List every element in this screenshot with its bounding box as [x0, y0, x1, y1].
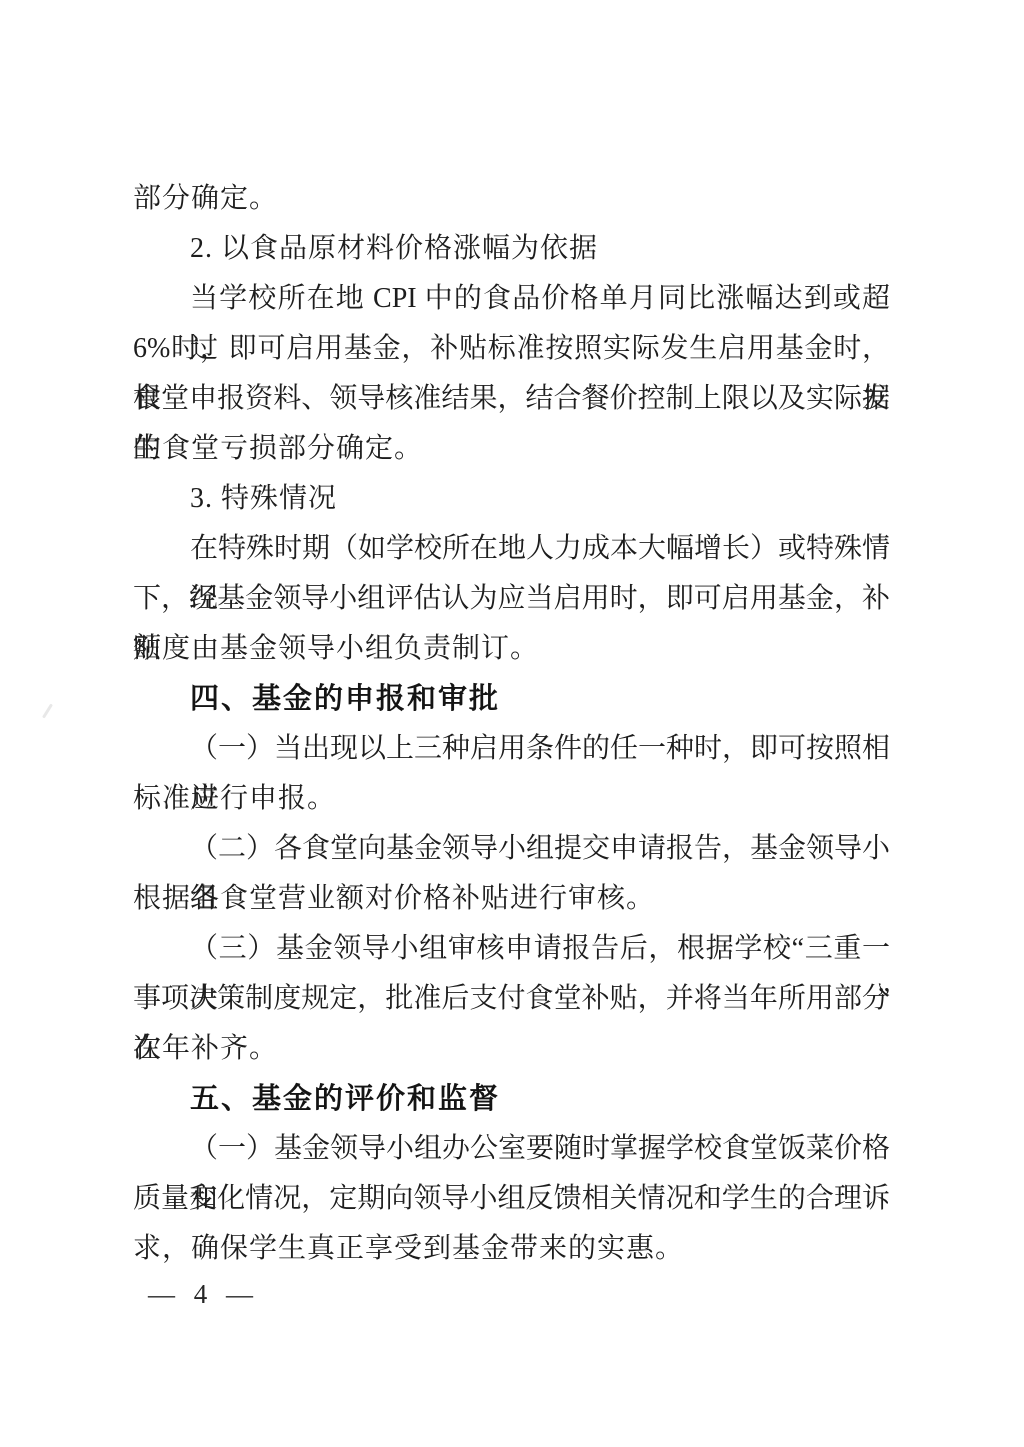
text-line: （二）各食堂向基金领导小组提交申请报告，基金领导小组	[133, 824, 890, 874]
text-line: 当学校所在地 CPI 中的食品价格单月同比涨幅达到或超过	[133, 274, 890, 324]
text-line: 求，确保学生真正享受到基金带来的实惠。	[133, 1224, 890, 1274]
text-line: （三）基金领导小组审核申请报告后，根据学校“三重一大”	[133, 924, 890, 974]
text-line: 食堂申报资料、领导核准结果，结合餐价控制上限以及实际发生	[133, 374, 890, 424]
text-line: 根据各食堂营业额对价格补贴进行审核。	[133, 874, 890, 924]
text-line: 额度由基金领导小组负责制订。	[133, 624, 890, 674]
text-line: 标准进行申报。	[133, 774, 890, 824]
text-line: 质量变化情况，定期向领导小组反馈相关情况和学生的合理诉	[133, 1174, 890, 1224]
text-line: 6%时，即可启用基金，补贴标准按照实际发生启用基金时，根据	[133, 324, 890, 374]
text-line: 3. 特殊情况	[133, 474, 890, 524]
text-line: 事项决策制度规定，批准后支付食堂补贴，并将当年所用部分在	[133, 974, 890, 1024]
text-line: （一）当出现以上三种启用条件的任一种时，即可按照相应	[133, 724, 890, 774]
text-line: 部分确定。	[133, 174, 890, 224]
text-line: （一）基金领导小组办公室要随时掌握学校食堂饭菜价格和	[133, 1124, 890, 1174]
text-line: 次年补齐。	[133, 1024, 890, 1074]
document-page: 部分确定。2. 以食品原材料价格涨幅为依据当学校所在地 CPI 中的食品价格单月…	[0, 0, 1024, 1447]
text-line: 2. 以食品原材料价格涨幅为依据	[133, 224, 890, 274]
scan-artifact	[42, 703, 53, 718]
document-body: 部分确定。2. 以食品原材料价格涨幅为依据当学校所在地 CPI 中的食品价格单月…	[133, 174, 890, 1274]
section-heading: 四、基金的申报和审批	[133, 674, 890, 724]
text-line: 在特殊时期（如学校所在地人力成本大幅增长）或特殊情况	[133, 524, 890, 574]
section-heading: 五、基金的评价和监督	[133, 1074, 890, 1124]
text-line: 下，经基金领导小组评估认为应当启用时，即可启用基金，补贴	[133, 574, 890, 624]
page-number: — 4 —	[148, 1277, 259, 1311]
text-line: 的食堂亏损部分确定。	[133, 424, 890, 474]
